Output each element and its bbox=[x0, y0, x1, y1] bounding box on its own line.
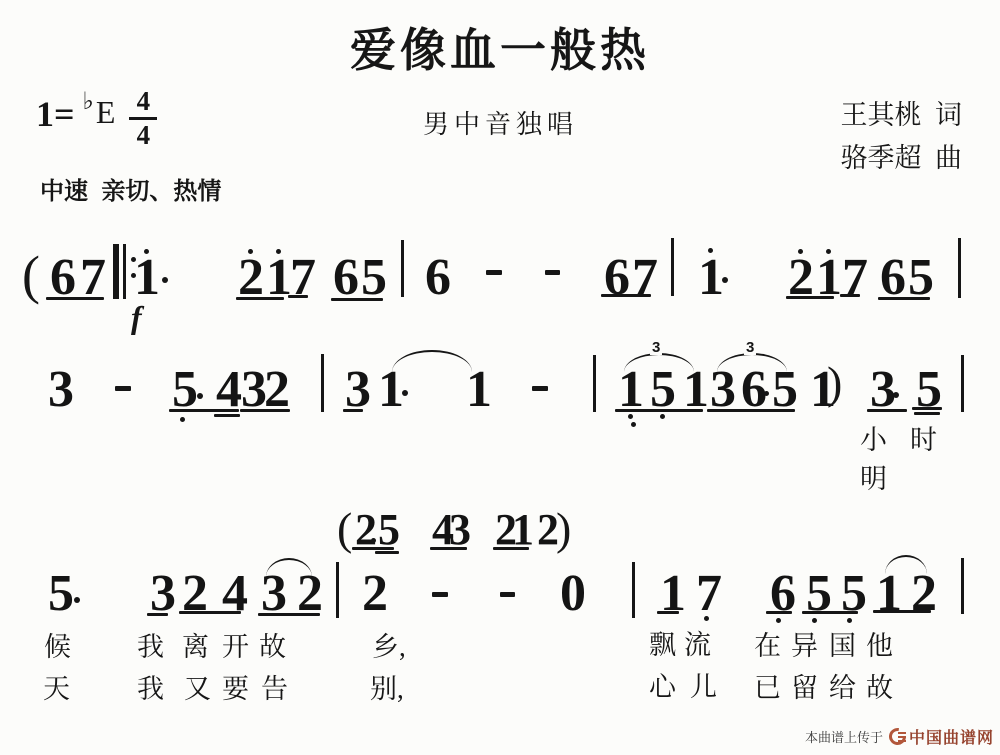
lyric-char: 我 bbox=[137, 634, 164, 661]
beam-underline bbox=[873, 610, 931, 613]
rest-zero: 0 bbox=[560, 568, 586, 620]
composer-credit: 骆季超 曲 bbox=[841, 136, 963, 175]
beam-underline bbox=[331, 298, 383, 301]
lyric-char: 飘 bbox=[649, 632, 676, 659]
key-letter: E bbox=[96, 96, 116, 128]
time-top: 4 bbox=[137, 88, 151, 115]
barline bbox=[336, 562, 339, 618]
beam-underline bbox=[240, 409, 290, 412]
lyric-char: 开 bbox=[222, 634, 249, 661]
note-digit: 3 bbox=[48, 364, 74, 416]
barline bbox=[961, 355, 964, 412]
beam-underline bbox=[786, 296, 834, 299]
beam-underline bbox=[707, 409, 795, 412]
note-digit: 1 bbox=[512, 508, 534, 552]
beam-underline bbox=[615, 409, 703, 412]
lyric-char: 已 bbox=[754, 675, 781, 702]
lyric-char: 离 bbox=[182, 634, 209, 661]
slur bbox=[885, 555, 927, 574]
tie-slur bbox=[392, 350, 472, 372]
octave-dot-low bbox=[628, 414, 633, 419]
beam-underline bbox=[288, 295, 308, 298]
tuplet-number: 3 bbox=[650, 340, 662, 355]
octave-dot-low bbox=[631, 422, 636, 427]
beam-underline bbox=[914, 412, 940, 415]
lyric-char: 国 bbox=[829, 633, 856, 660]
watermark: 本曲谱上传于 中国曲谱网 bbox=[805, 725, 994, 748]
lyric-char: 小 bbox=[860, 427, 887, 454]
lyric-char: 别, bbox=[370, 676, 404, 703]
beam-underline bbox=[343, 409, 363, 412]
barline bbox=[401, 240, 404, 297]
beam-underline bbox=[493, 547, 529, 550]
dash bbox=[532, 386, 548, 391]
key-prefix: 1= bbox=[36, 96, 75, 132]
close-paren: ) bbox=[827, 360, 842, 406]
barline bbox=[961, 558, 964, 614]
barline bbox=[632, 562, 635, 618]
beam-underline bbox=[601, 294, 651, 297]
note-digit: 5 bbox=[48, 568, 74, 620]
lyric-char: 留 bbox=[791, 675, 818, 702]
octave-dot-high bbox=[826, 249, 831, 254]
octave-dot-high bbox=[798, 249, 803, 254]
lyric-char: 我 bbox=[137, 676, 164, 703]
barline bbox=[671, 238, 674, 296]
augmentation-dot bbox=[197, 393, 203, 399]
repeat-barline-thick bbox=[113, 244, 119, 299]
augmentation-dot bbox=[371, 538, 376, 543]
octave-dot-low bbox=[776, 618, 781, 623]
watermark-site-name: 中国曲谱网 bbox=[909, 725, 994, 748]
octave-dot-high bbox=[708, 248, 713, 253]
logo-lines-shape bbox=[898, 732, 906, 734]
octave-dot-low bbox=[847, 618, 852, 623]
note-digit: 1 bbox=[698, 252, 724, 304]
lyric-char: 乡, bbox=[372, 634, 406, 661]
note-digit: 1 bbox=[134, 252, 160, 304]
beam-underline bbox=[352, 547, 394, 550]
slur bbox=[266, 558, 312, 577]
flat-icon: ♭ bbox=[83, 90, 94, 114]
lyric-char: 天 bbox=[43, 676, 70, 703]
note-digit: 3 bbox=[449, 508, 471, 552]
lyric-char: 故 bbox=[866, 675, 893, 702]
lyric-char: 又 bbox=[184, 676, 211, 703]
lyric-char: 故 bbox=[259, 634, 286, 661]
octave-dot-low bbox=[660, 414, 665, 419]
note-digit: 2 bbox=[355, 508, 377, 552]
lyric-char: 流 bbox=[684, 632, 711, 659]
open-paren: ( bbox=[337, 506, 352, 552]
lyric-char: 候 bbox=[44, 634, 71, 661]
repeat-barline-thin bbox=[123, 244, 126, 299]
beam-underline bbox=[912, 407, 942, 410]
augmentation-dot bbox=[162, 277, 168, 283]
augmentation-dot bbox=[893, 392, 899, 398]
lyric-char: 异 bbox=[791, 633, 818, 660]
song-title: 爱像血一般热 bbox=[0, 14, 1000, 80]
dash bbox=[432, 592, 448, 597]
subtitle-voice-type: 男中音独唱 bbox=[423, 104, 578, 141]
dynamic-f: f bbox=[131, 301, 142, 333]
augmentation-dot bbox=[74, 597, 80, 603]
beam-underline bbox=[236, 297, 284, 300]
augmentation-dot bbox=[402, 390, 408, 396]
octave-dot-high bbox=[276, 249, 281, 254]
barline bbox=[321, 354, 324, 412]
barline bbox=[958, 238, 961, 298]
lyric-char: 时 bbox=[910, 427, 937, 454]
note-digit: 7 bbox=[696, 568, 722, 620]
beam-underline bbox=[657, 611, 679, 614]
dash bbox=[500, 592, 515, 597]
beam-underline bbox=[766, 611, 792, 614]
octave-dot-low bbox=[704, 616, 709, 621]
beam-underline bbox=[179, 611, 241, 614]
lyric-char: 心 bbox=[649, 674, 676, 701]
lyric-char: 告 bbox=[261, 676, 288, 703]
lyric-char: 在 bbox=[754, 633, 781, 660]
note-digit: 2 bbox=[362, 568, 388, 620]
lyric-char: 儿 bbox=[690, 674, 717, 701]
octave-dot-low bbox=[812, 618, 817, 623]
octave-dot-low bbox=[180, 417, 185, 422]
beam-underline bbox=[867, 409, 907, 412]
open-paren: ( bbox=[22, 248, 40, 302]
augmentation-dot bbox=[764, 391, 769, 396]
lyricist-credit: 王其桃 词 bbox=[841, 93, 963, 132]
octave-dot-high bbox=[144, 249, 149, 254]
beam-underline bbox=[802, 611, 858, 614]
beam-underline bbox=[375, 551, 399, 554]
logo-c-shape bbox=[886, 725, 910, 749]
time-bottom: 4 bbox=[137, 122, 151, 149]
note-digit: 6 bbox=[333, 252, 359, 304]
note-digit: 5 bbox=[361, 252, 387, 304]
beam-underline bbox=[169, 409, 239, 412]
lyric-char: 他 bbox=[866, 633, 893, 660]
note-digit: 6 bbox=[425, 252, 451, 304]
site-logo-icon bbox=[889, 728, 906, 745]
beam-underline bbox=[878, 297, 930, 300]
beam-underline bbox=[840, 294, 860, 297]
tuplet-number: 3 bbox=[744, 340, 756, 355]
sheet-music-page: 爱像血一般热 1= ♭ E 4 4 男中音独唱 王其桃 词 骆季超 曲 中速 亲… bbox=[0, 0, 1000, 755]
close-paren: ) bbox=[556, 506, 571, 552]
lyric-char: 明 bbox=[860, 466, 887, 493]
lyric-char: 要 bbox=[222, 676, 249, 703]
beam-underline bbox=[258, 613, 320, 616]
beam-underline bbox=[430, 547, 467, 550]
key-signature: 1= ♭ E 4 4 bbox=[36, 96, 157, 149]
dash bbox=[545, 270, 560, 275]
dash bbox=[486, 270, 502, 275]
time-signature: 4 4 bbox=[129, 88, 157, 149]
augmentation-dot bbox=[722, 277, 728, 283]
beam-underline bbox=[214, 414, 240, 417]
barline bbox=[593, 355, 596, 412]
dash bbox=[115, 386, 131, 391]
watermark-prefix: 本曲谱上传于 bbox=[805, 727, 883, 746]
lyric-char: 给 bbox=[829, 675, 856, 702]
note-digit: 1 bbox=[466, 364, 492, 416]
beam-underline bbox=[147, 613, 168, 616]
octave-dot-high bbox=[248, 249, 253, 254]
note-digit: 5 bbox=[378, 508, 400, 552]
beam-underline bbox=[46, 297, 104, 300]
tempo-marking: 中速 亲切、热情 bbox=[40, 171, 221, 206]
